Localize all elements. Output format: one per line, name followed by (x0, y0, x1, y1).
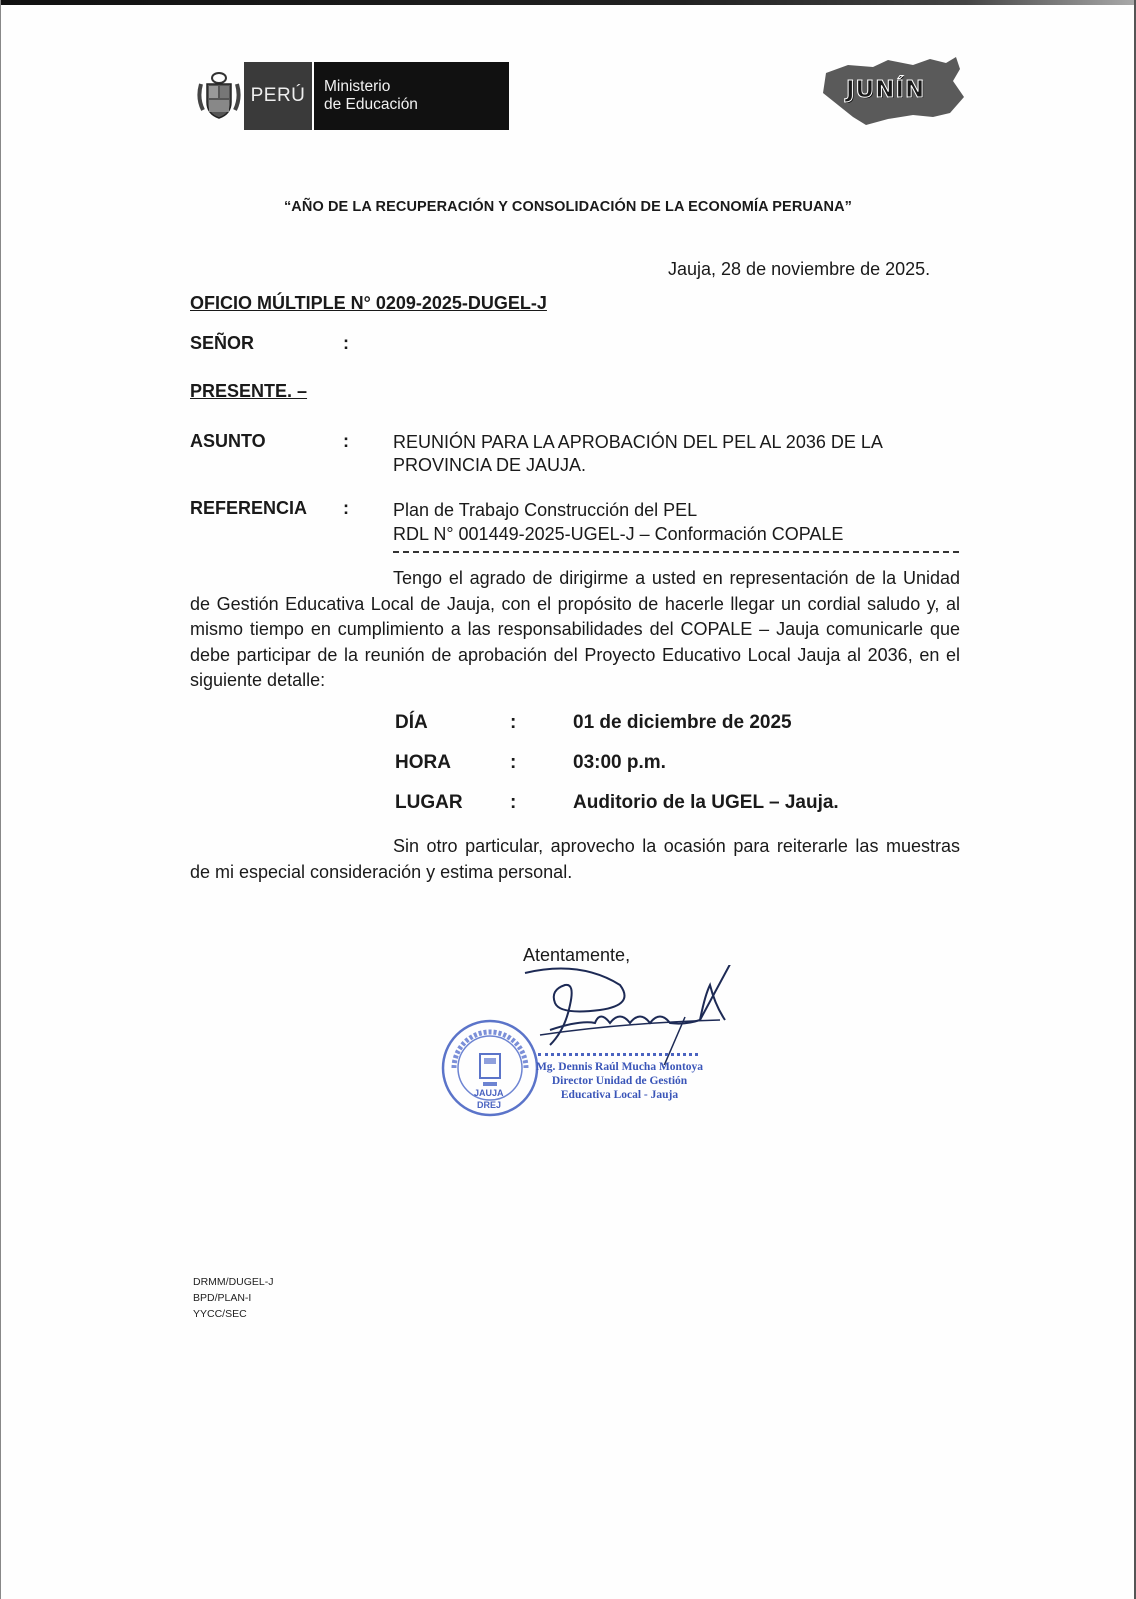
ministry-name-line1: Ministerio (324, 78, 509, 96)
signatory-title-line-1: Director Unidad de Gestión (532, 1074, 707, 1088)
footer-code: DRMM/DUGEL-J (193, 1274, 274, 1290)
detail-place-value: Auditorio de la UGEL – Jauja. (573, 792, 839, 814)
detail-day-value: 01 de diciembre de 2025 (573, 712, 792, 734)
detail-time-value: 03:00 p.m. (573, 752, 666, 774)
sign-off: Atentamente, (523, 945, 630, 966)
detail-day-label: DÍA (395, 712, 428, 734)
subject-line-1: REUNIÓN PARA LA APROBACIÓN DEL PEL AL 20… (393, 431, 963, 454)
reference-text: Plan de Trabajo Construcción del PEL RDL… (393, 498, 843, 546)
document-number: OFICIO MÚLTIPLE N° 0209-2025-DUGEL-J (190, 293, 547, 314)
year-motto: “AÑO DE LA RECUPERACIÓN Y CONSOLIDACIÓN … (0, 199, 1136, 215)
reference-label: REFERENCIA (190, 498, 307, 519)
seal-bottom-text: JAUJA (474, 1088, 504, 1098)
seal-base-text: DREJ (477, 1100, 501, 1110)
detail-place-colon: : (510, 792, 516, 814)
footer-code: BPD/PLAN-I (193, 1290, 274, 1306)
subject-label: ASUNTO (190, 431, 266, 452)
peru-coat-of-arms-icon (196, 62, 242, 130)
ministry-name-line2: de Educación (324, 96, 509, 114)
signature-icon (520, 965, 750, 1065)
footer-code: YYCC/SEC (193, 1306, 274, 1322)
page-left-edge (0, 0, 1, 1599)
subject-line-2: PROVINCIA DE JAUJA. (393, 454, 963, 477)
reference-line-1: Plan de Trabajo Construcción del PEL (393, 498, 843, 522)
page-top-edge (0, 0, 1136, 5)
signatory-stamp: Mg. Dennis Raúl Mucha Montoya Director U… (532, 1060, 707, 1102)
body-paragraph: Tengo el agrado de dirigirme a usted en … (190, 566, 960, 694)
junin-logo-text: JUNÍN (846, 77, 925, 103)
signatory-title-line-2: Educativa Local - Jauja (532, 1088, 707, 1102)
detail-day-colon: : (510, 712, 516, 734)
junin-region-logo: JUNÍN (818, 55, 968, 130)
signatory-name: Mg. Dennis Raúl Mucha Montoya (532, 1060, 707, 1074)
reference-line-2: RDL N° 001449-2025-UGEL-J – Conformación… (393, 522, 843, 546)
detail-time-label: HORA (395, 752, 451, 774)
footer-reference-codes: DRMM/DUGEL-J BPD/PLAN-I YYCC/SEC (193, 1274, 274, 1322)
signature-line (538, 1053, 698, 1056)
document-date: Jauja, 28 de noviembre de 2025. (668, 259, 930, 280)
presente-label: PRESENTE. – (190, 381, 307, 402)
handwritten-signature (520, 965, 750, 1065)
recipient-colon: : (343, 333, 349, 354)
dashed-separator (393, 551, 959, 553)
detail-place-label: LUGAR (395, 792, 463, 814)
reference-colon: : (343, 498, 349, 519)
recipient-label: SEÑOR (190, 333, 254, 354)
peru-label: PERÚ (244, 62, 312, 130)
ministry-name: Ministerio de Educación (314, 62, 509, 130)
closing-paragraph: Sin otro particular, aprovecho la ocasió… (190, 834, 960, 885)
subject-colon: : (343, 431, 349, 452)
detail-time-colon: : (510, 752, 516, 774)
subject-text: REUNIÓN PARA LA APROBACIÓN DEL PEL AL 20… (393, 431, 963, 477)
ministry-logo: PERÚ Ministerio de Educación (196, 62, 509, 130)
